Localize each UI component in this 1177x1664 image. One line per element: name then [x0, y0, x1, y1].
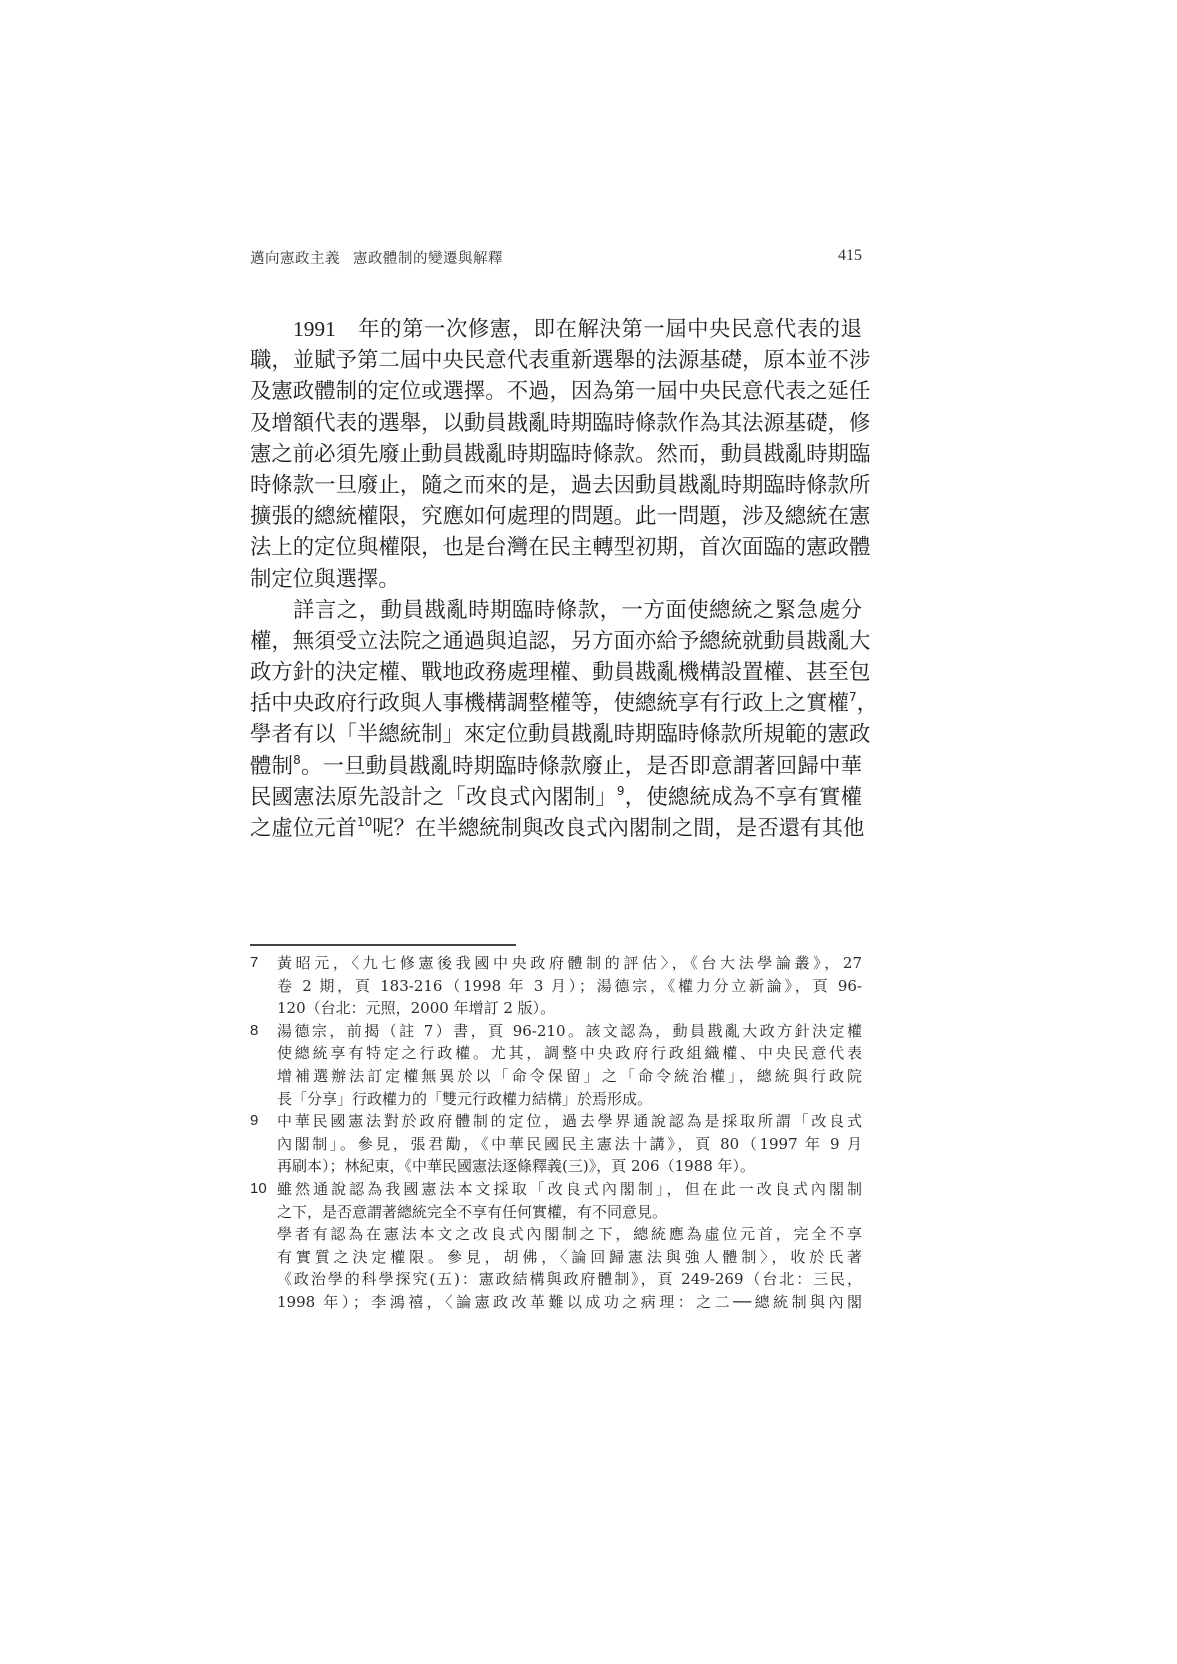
footnote-ref-8[interactable]: 8 [293, 753, 301, 767]
footnote-number: 7 [250, 952, 258, 975]
footnote-10: 10 雖然通說認為我國憲法本文採取「改良式內閣制」，但在此一改良式內閣制 之下，… [250, 1178, 862, 1314]
footnote-line: 雖然通說認為我國憲法本文採取「改良式內閣制」，但在此一改良式內閣制 [277, 1178, 862, 1201]
body-text: 1991 年的第一次修憲，即在解決第一屆中央民意代表的退 職，並賦予第二屆中央民… [250, 314, 862, 844]
footnote-number: 8 [250, 1020, 258, 1043]
footnote-line: 長「分享」行政權力的「雙元行政權力結構」於焉形成。 [277, 1088, 862, 1111]
body-line: 時條款一旦廢止，隨之而來的是，過去因動員戡亂時期臨時條款所 [250, 470, 862, 501]
footnote-line: 之下，是否意謂著總統完全不享有任何實權，有不同意見。 [277, 1201, 862, 1224]
footnotes: 7 黃昭元，〈九七修憲後我國中央政府體制的評估〉，《台大法學論叢》，27 卷 2… [250, 952, 862, 1314]
footnote-9: 9 中華民國憲法對於政府體制的定位，過去學界通說認為是採取所謂「改良式 內閣制」… [250, 1110, 862, 1178]
running-header: 邁向憲政主義 憲政體制的變遷與解釋 415 [250, 247, 862, 269]
body-line: 詳言之，動員戡亂時期臨時條款，一方面使總統之緊急處分 [250, 595, 862, 626]
book-title: 邁向憲政主義 [250, 247, 340, 268]
footnote-line: 卷 2 期，頁 183-216（1998 年 3 月）；湯德宗，《權力分立新論》… [277, 975, 862, 998]
body-line: 之虛位元首10呢？在半總統制與改良式內閣制之間，是否還有其他 [250, 813, 862, 844]
footnote-line: 《政治學的科學探究(五)：憲政結構與政府體制》，頁 249-269（台北：三民， [277, 1268, 862, 1291]
footnote-7: 7 黃昭元，〈九七修憲後我國中央政府體制的評估〉，《台大法學論叢》，27 卷 2… [250, 952, 862, 1020]
footnote-line: 1998 年）；李鴻禧，〈論憲政改革難以成功之病理：之二──總統制與內閣 [277, 1291, 862, 1314]
paragraph-2: 詳言之，動員戡亂時期臨時條款，一方面使總統之緊急處分 權，無須受立法院之通過與追… [250, 595, 862, 845]
body-line: 學者有以「半總統制」來定位動員戡亂時期臨時條款所規範的憲政 [250, 719, 862, 750]
body-line: 法上的定位與權限，也是台灣在民主轉型初期，首次面臨的憲政體 [250, 532, 862, 563]
footnote-line: 有實質之決定權限。參見，胡佛，〈論回歸憲法與強人體制〉，收於氏著 [277, 1246, 862, 1269]
footnote-8: 8 湯德宗，前揭（註 7）書，頁 96-210。該文認為，動員戡亂大政方針決定權… [250, 1020, 862, 1110]
body-line: 1991 年的第一次修憲，即在解決第一屆中央民意代表的退 [250, 314, 862, 345]
page-number: 415 [838, 247, 862, 265]
footnote-line: 增補選辦法訂定權無異於以「命令保留」之「命令統治權」，總統與行政院 [277, 1065, 862, 1088]
body-line: 及憲政體制的定位或選擇。不過，因為第一屆中央民意代表之延任 [250, 376, 862, 407]
body-line: 權，無須受立法院之通過與追認，另方面亦給予總統就動員戡亂大 [250, 626, 862, 657]
footnote-line: 使總統享有特定之行政權。尤其，調整中央政府行政組織權、中央民意代表 [277, 1042, 862, 1065]
footnote-line: 黃昭元，〈九七修憲後我國中央政府體制的評估〉，《台大法學論叢》，27 [277, 952, 862, 975]
footnote-ref-10[interactable]: 10 [357, 815, 372, 829]
body-line: 體制8。一旦動員戡亂時期臨時條款廢止，是否即意謂著回歸中華 [250, 751, 862, 782]
body-line: 括中央政府行政與人事機構調整權等，使總統享有行政上之實權7， [250, 688, 862, 719]
body-line: 職，並賦予第二屆中央民意代表重新選舉的法源基礎，原本並不涉 [250, 345, 862, 376]
body-line: 民國憲法原先設計之「改良式內閣制」9，使總統成為不享有實權 [250, 782, 862, 813]
footnote-ref-7[interactable]: 7 [849, 690, 857, 704]
footnote-number: 9 [250, 1110, 258, 1133]
chapter-title: 憲政體制的變遷與解釋 [353, 247, 503, 268]
paragraph-1: 1991 年的第一次修憲，即在解決第一屆中央民意代表的退 職，並賦予第二屆中央民… [250, 314, 862, 595]
footnote-line: 內閣制」。參見，張君勱，《中華民國民主憲法十講》，頁 80（1997 年 9 月 [277, 1133, 862, 1156]
footnote-line: 再刷本）；林紀東，《中華民國憲法逐條釋義(三)》，頁 206（1988 年）。 [277, 1155, 862, 1178]
body-line: 擴張的總統權限，究應如何處理的問題。此一問題，涉及總統在憲 [250, 501, 862, 532]
footnote-number: 10 [250, 1178, 267, 1201]
footnote-line: 中華民國憲法對於政府體制的定位，過去學界通說認為是採取所謂「改良式 [277, 1110, 862, 1133]
body-line: 政方針的決定權、戰地政務處理權、動員戡亂機構設置權、甚至包 [250, 657, 862, 688]
footnote-ref-9[interactable]: 9 [617, 784, 625, 798]
body-line: 及增額代表的選舉，以動員戡亂時期臨時條款作為其法源基礎，修 [250, 408, 862, 439]
footnote-separator [250, 944, 516, 946]
body-line: 憲之前必須先廢止動員戡亂時期臨時條款。然而，動員戡亂時期臨 [250, 439, 862, 470]
footnote-line: 120（台北：元照，2000 年增訂 2 版）。 [277, 997, 862, 1020]
footnote-line: 湯德宗，前揭（註 7）書，頁 96-210。該文認為，動員戡亂大政方針決定權 [277, 1020, 862, 1043]
body-line: 制定位與選擇。 [250, 564, 862, 595]
book-page: 邁向憲政主義 憲政體制的變遷與解釋 415 1991 年的第一次修憲，即在解決第… [0, 0, 1177, 1664]
footnote-line: 學者有認為在憲法本文之改良式內閣制之下，總統應為虛位元首，完全不享 [277, 1223, 862, 1246]
